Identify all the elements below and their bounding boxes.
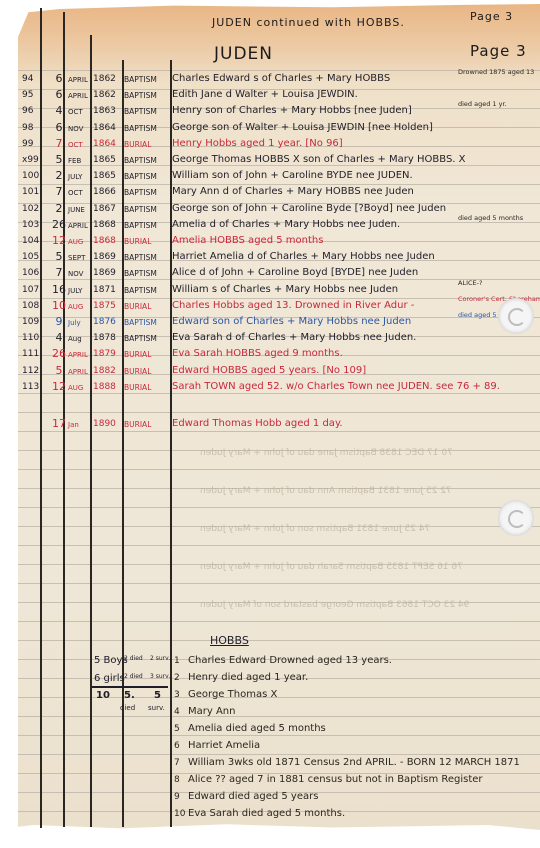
surv-label: surv. <box>148 704 165 712</box>
entry-day: 4 <box>48 331 70 344</box>
entry-day: 26 <box>48 347 70 360</box>
entry-type: BAPTISM <box>124 156 172 165</box>
entry-year: 1882 <box>93 366 123 376</box>
page-note-top: Page 3 <box>470 10 513 23</box>
entry-description: Edward HOBBS aged 5 years. [No 109] <box>172 365 532 376</box>
entry-type: BURIAL <box>124 302 172 311</box>
entry-number: 108 <box>22 301 44 311</box>
total-died: 5. <box>124 690 135 701</box>
entry-year: 1867 <box>93 204 123 214</box>
child-text: Charles Edward Drowned aged 13 years. <box>188 655 392 666</box>
entry-month: APRIL <box>68 222 94 230</box>
entry-margin-note: ALICE-? <box>458 279 482 287</box>
child-number: 2 <box>174 673 188 683</box>
entry-number: 101 <box>22 187 44 197</box>
entry-year: 1862 <box>93 90 123 100</box>
summary-heading: HOBBS <box>210 634 249 647</box>
girls-died: 2 died <box>124 673 143 680</box>
child-text: Harriet Amelia <box>188 740 260 751</box>
summary-divider <box>92 686 168 688</box>
entry-description: William son of John + Caroline BYDE nee … <box>172 170 532 181</box>
entry-number: x99 <box>22 155 44 165</box>
hole-punch <box>498 298 534 334</box>
entry-description: George son of John + Caroline Byde [?Boy… <box>172 203 532 214</box>
entry-day: 5 <box>48 364 70 377</box>
ruled-line <box>18 640 540 641</box>
entry-description: Alice d of John + Caroline Boyd [BYDE] n… <box>172 267 532 278</box>
entry-day: 7 <box>48 137 70 150</box>
entry-description: Amelia HOBBS aged 5 months <box>172 235 532 246</box>
ruled-line <box>18 545 540 546</box>
entry-type: BURIAL <box>124 237 172 246</box>
child-list-item: 9Edward died aged 5 years <box>174 791 318 802</box>
entry-number: 113 <box>22 382 44 392</box>
entry-type: BAPTISM <box>124 221 172 230</box>
girls-count: 6 girls <box>94 673 125 684</box>
entry-number: 107 <box>22 285 44 295</box>
entry-number: 109 <box>22 317 44 327</box>
entry-type: BAPTISM <box>124 75 172 84</box>
entry-number: 96 <box>22 106 44 116</box>
entry-number: 105 <box>22 252 44 262</box>
child-text: William 3wks old 1871 Census 2nd APRIL. … <box>188 757 520 768</box>
ruled-line <box>18 754 540 755</box>
entry-year: 1876 <box>93 317 123 327</box>
entry-margin-note: died aged 1 yr. <box>458 100 507 108</box>
entry-month: Aug <box>68 335 94 343</box>
entry-type: BAPTISM <box>124 334 172 343</box>
entry-month: AUG <box>68 303 94 311</box>
entry-day: 6 <box>48 121 70 134</box>
ruled-line <box>18 735 540 736</box>
entry-day: 12 <box>48 380 70 393</box>
entry-month: NOV <box>68 125 94 133</box>
entry-month: Jan <box>68 421 94 429</box>
entry-type: BURIAL <box>124 350 172 359</box>
child-text: Henry died aged 1 year. <box>188 672 308 683</box>
register-row: 11312AUG1888BURIALSarah TOWN aged 52. w/… <box>18 378 540 397</box>
page-title: JUDEN <box>214 44 273 64</box>
child-list-item: 8Alice ?? aged 7 in 1881 census but not … <box>174 774 483 785</box>
entry-year: 1888 <box>93 382 123 392</box>
entry-year: 1863 <box>93 106 123 116</box>
entry-year: 1875 <box>93 301 123 311</box>
ruled-line <box>18 716 540 717</box>
child-number: 10 <box>174 809 188 819</box>
ruled-line <box>18 583 540 584</box>
entry-description: Harriet Amelia d of Charles + Mary Hobbs… <box>172 251 532 262</box>
entry-type: BURIAL <box>124 420 172 429</box>
ruled-line <box>18 621 540 622</box>
entry-type: BAPTISM <box>124 318 172 327</box>
entry-number: 99 <box>22 139 44 149</box>
entry-description: Sarah TOWN aged 52. w/o Charles Town nee… <box>172 381 532 392</box>
entry-type: BURIAL <box>124 140 172 149</box>
page-label: Page 3 <box>470 42 527 60</box>
entry-day: 6 <box>48 88 70 101</box>
bleed-through-text: 74 25 June 1831 Baptism son of John + Ma… <box>200 524 430 534</box>
child-number: 7 <box>174 758 188 768</box>
entry-margin-note: Drowned 1875 aged 13 <box>458 68 534 76</box>
entry-day: 5 <box>48 250 70 263</box>
entry-number: 110 <box>22 333 44 343</box>
ruled-line <box>18 469 540 470</box>
entry-year: 1871 <box>93 285 123 295</box>
hole-punch <box>498 500 534 536</box>
ruled-line <box>18 412 540 413</box>
entry-margin-note: died aged 5 months <box>458 214 523 222</box>
entry-number: 102 <box>22 204 44 214</box>
entry-day: 16 <box>48 283 70 296</box>
entry-day: 2 <box>48 202 70 215</box>
boys-surv: 2 surv. <box>150 655 170 662</box>
entry-day: 12 <box>48 234 70 247</box>
entry-month: JULY <box>68 173 94 181</box>
entry-day: 5 <box>48 153 70 166</box>
entry-type: BAPTISM <box>124 253 172 262</box>
entry-type: BAPTISM <box>124 269 172 278</box>
entry-number: 104 <box>22 236 44 246</box>
entry-month: FEB <box>68 157 94 165</box>
entry-day: 2 <box>48 169 70 182</box>
entry-type: BAPTISM <box>124 107 172 116</box>
ruled-line <box>18 507 540 508</box>
entry-type: BAPTISM <box>124 205 172 214</box>
entry-number: 94 <box>22 74 44 84</box>
child-number: 3 <box>174 690 188 700</box>
entry-month: APRIL <box>68 92 94 100</box>
entry-month: JULY <box>68 287 94 295</box>
girls-surv: 3 surv. <box>150 673 170 680</box>
total-surv: 5 <box>154 690 161 701</box>
child-number: 6 <box>174 741 188 751</box>
child-number: 9 <box>174 792 188 802</box>
entry-number: 98 <box>22 123 44 133</box>
child-list-item: 1Charles Edward Drowned aged 13 years. <box>174 655 392 666</box>
register-row: 17Jan1890BURIALEdward Thomas Hobb aged 1… <box>18 415 540 434</box>
entry-year: 1862 <box>93 74 123 84</box>
bleed-through-text: 94 23 OCT 1863 Baptism George bastard so… <box>200 600 469 610</box>
child-number: 8 <box>174 775 188 785</box>
total-count: 10 <box>96 690 110 701</box>
entry-month: OCT <box>68 141 94 149</box>
entry-description: George son of Walter + Louisa JEWDIN [ne… <box>172 122 532 133</box>
child-text: Amelia died aged 5 months <box>188 723 326 734</box>
child-text: George Thomas X <box>188 689 277 700</box>
entry-year: 1864 <box>93 139 123 149</box>
entry-month: APRIL <box>68 368 94 376</box>
entry-number: 95 <box>22 90 44 100</box>
entry-type: BURIAL <box>124 367 172 376</box>
child-number: 1 <box>174 656 188 666</box>
entry-day: 26 <box>48 218 70 231</box>
child-text: Alice ?? aged 7 in 1881 census but not i… <box>188 774 483 785</box>
entry-description: Mary Ann d of Charles + Mary HOBBS nee J… <box>172 186 532 197</box>
child-list-item: 7William 3wks old 1871 Census 2nd APRIL.… <box>174 757 520 768</box>
entry-type: BAPTISM <box>124 172 172 181</box>
child-number: 4 <box>174 707 188 717</box>
child-list-item: 2Henry died aged 1 year. <box>174 672 308 683</box>
entry-description: Eva Sarah HOBBS aged 9 months. <box>172 348 532 359</box>
entry-type: BAPTISM <box>124 188 172 197</box>
entry-day: 7 <box>48 185 70 198</box>
entry-month: APRIL <box>68 351 94 359</box>
entry-year: 1865 <box>93 171 123 181</box>
child-list-item: 3George Thomas X <box>174 689 277 700</box>
entry-month: SEPT <box>68 254 94 262</box>
header-note: JUDEN continued with HOBBS. <box>212 16 405 29</box>
entry-description: Edith Jane d Walter + Louisa JEWDIN. <box>172 89 532 100</box>
entry-type: BAPTISM <box>124 124 172 133</box>
entry-number: 103 <box>22 220 44 230</box>
entry-month: OCT <box>68 189 94 197</box>
entry-month: AUG <box>68 384 94 392</box>
entry-day: 6 <box>48 72 70 85</box>
entry-month: NOV <box>68 270 94 278</box>
entry-day: 10 <box>48 299 70 312</box>
child-list-item: 10Eva Sarah died aged 5 months. <box>174 808 345 819</box>
entry-year: 1866 <box>93 187 123 197</box>
child-list-item: 4Mary Ann <box>174 706 235 717</box>
child-text: Eva Sarah died aged 5 months. <box>188 808 345 819</box>
entry-type: BAPTISM <box>124 91 172 100</box>
entry-number: 100 <box>22 171 44 181</box>
entry-description: Edward Thomas Hobb aged 1 day. <box>172 418 532 429</box>
entry-year: 1865 <box>93 155 123 165</box>
entry-type: BAPTISM <box>124 286 172 295</box>
entry-number: 106 <box>22 268 44 278</box>
entry-month: APRIL <box>68 76 94 84</box>
entry-year: 1868 <box>93 236 123 246</box>
entry-description: George Thomas HOBBS X son of Charles + M… <box>172 154 532 165</box>
entry-month: July <box>68 319 94 327</box>
entry-description: Eva Sarah d of Charles + Mary Hobbs nee … <box>172 332 532 343</box>
entry-year: 1869 <box>93 268 123 278</box>
bleed-through-text: 70 17 DEC 1838 Baptism Jane dau of John … <box>200 448 453 458</box>
entry-month: OCT <box>68 108 94 116</box>
entry-day: 9 <box>48 315 70 328</box>
child-text: Mary Ann <box>188 706 235 717</box>
entry-day: 4 <box>48 104 70 117</box>
entry-description: Henry Hobbs aged 1 year. [No 96] <box>172 138 532 149</box>
entry-year: 1864 <box>93 123 123 133</box>
entry-year: 1879 <box>93 349 123 359</box>
entry-year: 1878 <box>93 333 123 343</box>
entry-month: JUNE <box>68 206 94 214</box>
child-list-item: 5Amelia died aged 5 months <box>174 723 326 734</box>
bleed-through-text: 72 25 June 1831 Baptism Ann dau of John … <box>200 486 452 496</box>
entry-type: BURIAL <box>124 383 172 392</box>
boys-count: 5 Boys <box>94 655 128 666</box>
entry-number: 111 <box>22 349 44 359</box>
entry-number: 112 <box>22 366 44 376</box>
entry-year: 1869 <box>93 252 123 262</box>
child-number: 5 <box>174 724 188 734</box>
died-label: died <box>120 704 135 712</box>
entry-day: 7 <box>48 266 70 279</box>
boys-died: 2 died <box>124 655 143 662</box>
entry-year: 1890 <box>93 419 123 429</box>
entry-year: 1868 <box>93 220 123 230</box>
entry-month: AUG <box>68 238 94 246</box>
child-list-item: 6Harriet Amelia <box>174 740 260 751</box>
bleed-through-text: 76 16 SEPT 1835 Baptism Sarah dau of Joh… <box>200 562 463 572</box>
entry-day: 17 <box>48 417 70 430</box>
child-text: Edward died aged 5 years <box>188 791 318 802</box>
